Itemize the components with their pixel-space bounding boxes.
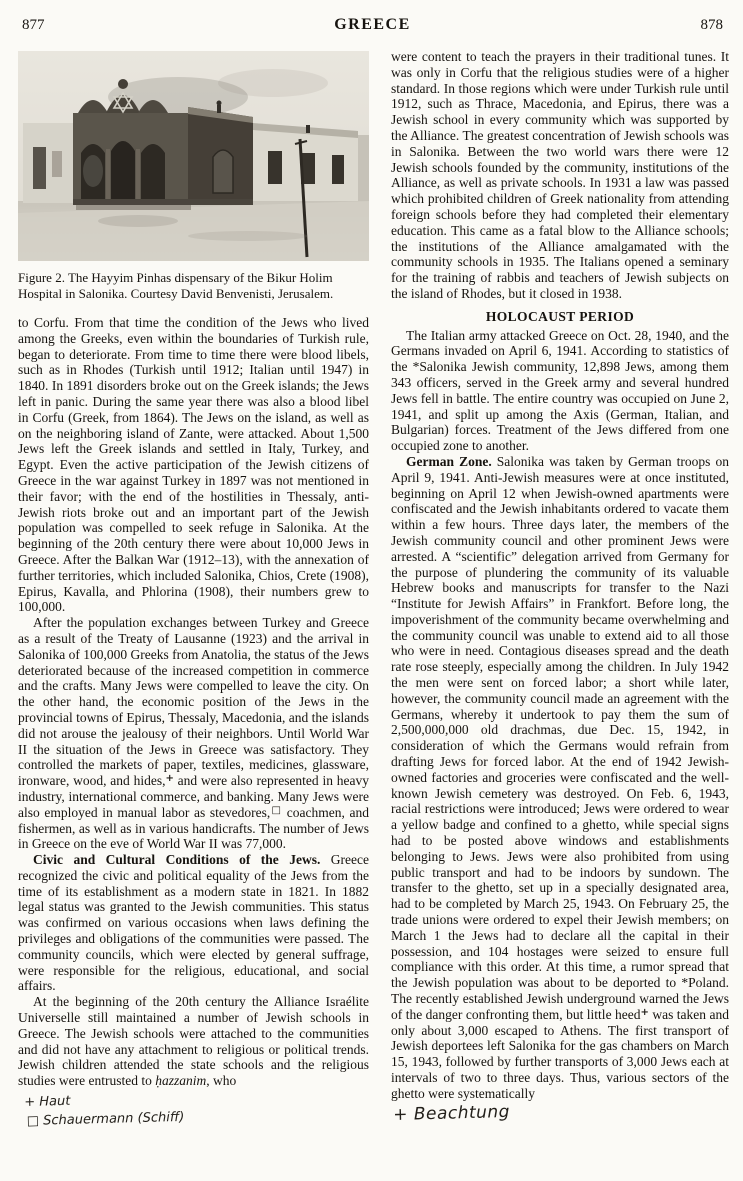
- paragraph-population-exchanges: After the population exchanges between T…: [18, 615, 369, 852]
- handwritten-mark: □: [270, 805, 282, 816]
- page-number-right: 878: [700, 17, 723, 34]
- paragraph-civic-cultural: Civic and Cultural Conditions of the Jew…: [18, 852, 369, 994]
- text-segment: Civic and Cultural Conditions of the Jew…: [33, 852, 320, 867]
- handwritten-gloss-beachtung: + Beachtung: [393, 1099, 729, 1124]
- text-segment: German Zone.: [406, 454, 492, 469]
- text-segment: to Corfu. From that time the condition o…: [18, 315, 369, 614]
- scanned-book-page: 877 GREECE 878: [0, 0, 743, 1131]
- handwritten-mark: +: [165, 773, 173, 784]
- text-segment: HOLOCAUST PERIOD: [486, 309, 634, 324]
- text-segment: The Italian army attacked Greece on Oct.…: [391, 328, 729, 454]
- paragraph-german-zone: German Zone. Salonika was taken by Germa…: [391, 454, 729, 1102]
- running-head: 877 GREECE 878: [18, 14, 729, 34]
- left-column: Figure 2. The Hayyim Pinhas dispensary o…: [18, 49, 369, 1131]
- section-heading-holocaust-period: HOLOCAUST PERIOD: [391, 309, 729, 325]
- text-segment: were content to teach the prayers in the…: [391, 49, 729, 301]
- right-column-text: were content to teach the prayers in the…: [391, 49, 729, 1102]
- text-segment: Salonika was taken by German troops on A…: [391, 454, 729, 1022]
- page-number-left: 877: [22, 17, 45, 34]
- bw-photo-bikur-holim-hospital: [18, 51, 369, 261]
- figure-caption: Figure 2. The Hayyim Pinhas dispensary o…: [18, 270, 369, 302]
- handwritten-annotation-left: + Haut □ Schauermann (Schiff): [24, 1084, 370, 1131]
- text-segment: After the population exchanges between T…: [18, 615, 369, 788]
- figure-photo: [18, 51, 369, 261]
- paragraph-schools-continuation: were content to teach the prayers in the…: [391, 49, 729, 302]
- text-segment: Greece recognized the civic and politica…: [18, 852, 369, 993]
- two-column-layout: Figure 2. The Hayyim Pinhas dispensary o…: [18, 49, 729, 1131]
- paragraph-alliance-schools: At the beginning of the 20th century the…: [18, 994, 369, 1089]
- left-column-text: to Corfu. From that time the condition o…: [18, 315, 369, 1089]
- handwritten-annotation-right: + Beachtung: [393, 1099, 729, 1124]
- handwritten-mark: +: [641, 1007, 649, 1018]
- paragraph-corfu-continuation: to Corfu. From that time the condition o…: [18, 315, 369, 615]
- right-column: were content to teach the prayers in the…: [391, 49, 729, 1131]
- paragraph-italian-attack: The Italian army attacked Greece on Oct.…: [391, 328, 729, 454]
- text-segment: ḥazzanim: [155, 1073, 206, 1088]
- text-segment: , who: [206, 1073, 236, 1088]
- header-title: GREECE: [334, 16, 411, 34]
